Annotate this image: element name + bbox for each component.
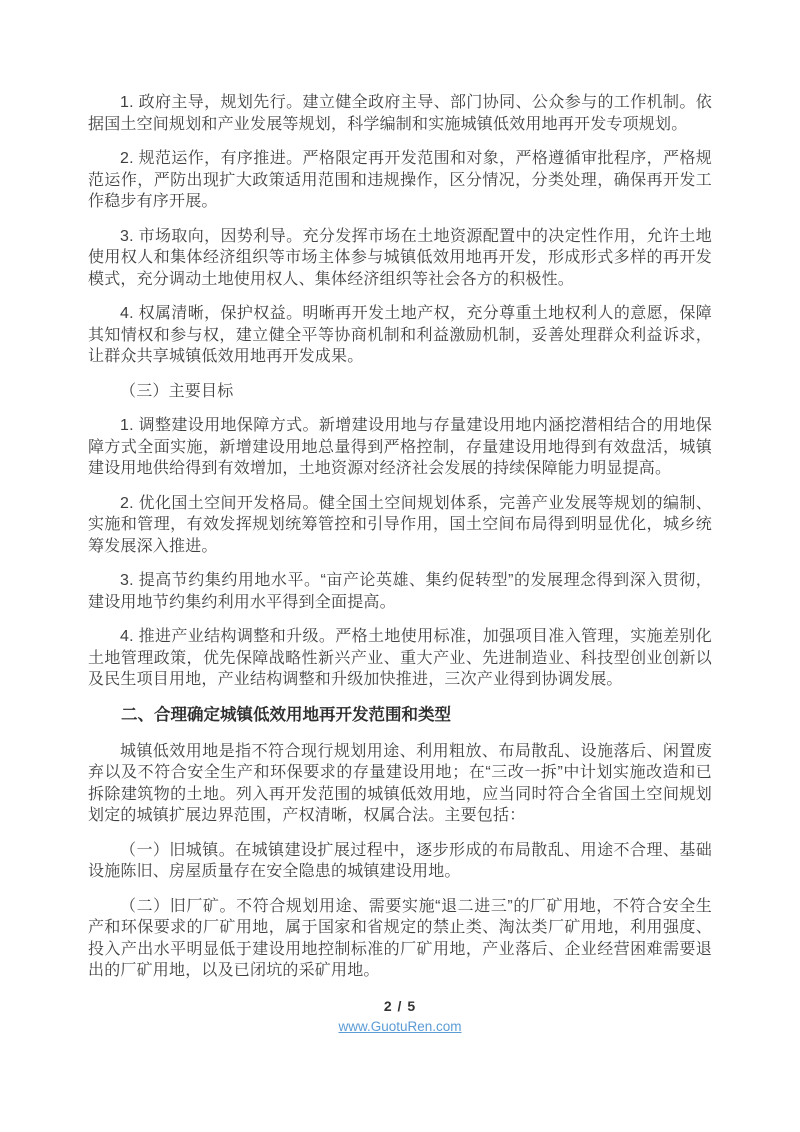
paragraph: 3. 市场取向，因势利导。充分发挥市场在土地资源配置中的决定性作用，允许土地使用…: [88, 226, 712, 291]
paragraph: 1. 调整建设用地保障方式。新增建设用地与存量建设用地内涵挖潜相结合的用地保障方…: [88, 415, 712, 480]
section-heading: 二、合理确定城镇低效用地再开发范围和类型: [88, 704, 712, 726]
footer-link[interactable]: www.GuotuRen.com: [338, 1019, 461, 1034]
paragraph: 1. 政府主导，规划先行。建立健全政府主导、部门协同、公众参与的工作机制。依据国…: [88, 92, 712, 135]
footer: 2 / 5 www.GuotuRen.com: [88, 998, 712, 1036]
paragraph: 城镇低效用地是指不符合现行规划用途、利用粗放、布局散乱、设施落后、闲置废弃以及不…: [88, 741, 712, 827]
paragraph: 3. 提高节约集约用地水平。“亩产论英雄、集约促转型”的发展理念得到深入贯彻，建…: [88, 570, 712, 613]
paragraph: 2. 优化国土空间开发格局。健全国土空间规划体系，完善产业发展等规划的编制、实施…: [88, 493, 712, 558]
paragraph: 4. 推进产业结构调整和升级。严格土地使用标准，加强项目准入管理，实施差别化土地…: [88, 626, 712, 691]
paragraph: （二）旧厂矿。不符合规划用途、需要实施“退二进三”的厂矿用地，不符合安全生产和环…: [88, 896, 712, 982]
paragraph: （一）旧城镇。在城镇建设扩展过程中，逐步形成的布局散乱、用途不合理、基础设施陈旧…: [88, 840, 712, 883]
page-number: 2 / 5: [88, 998, 712, 1014]
document-content: 1. 政府主导，规划先行。建立健全政府主导、部门协同、公众参与的工作机制。依据国…: [88, 92, 712, 982]
paragraph: 2. 规范运作，有序推进。严格限定再开发范围和对象，严格遵循审批程序，严格规范运…: [88, 148, 712, 213]
document-page: 1. 政府主导，规划先行。建立健全政府主导、部门协同、公众参与的工作机制。依据国…: [0, 0, 800, 1132]
subsection-title: （三）主要目标: [88, 381, 712, 403]
paragraph: 4. 权属清晰，保护权益。明晰再开发土地产权，充分尊重土地权利人的意愿，保障其知…: [88, 303, 712, 368]
